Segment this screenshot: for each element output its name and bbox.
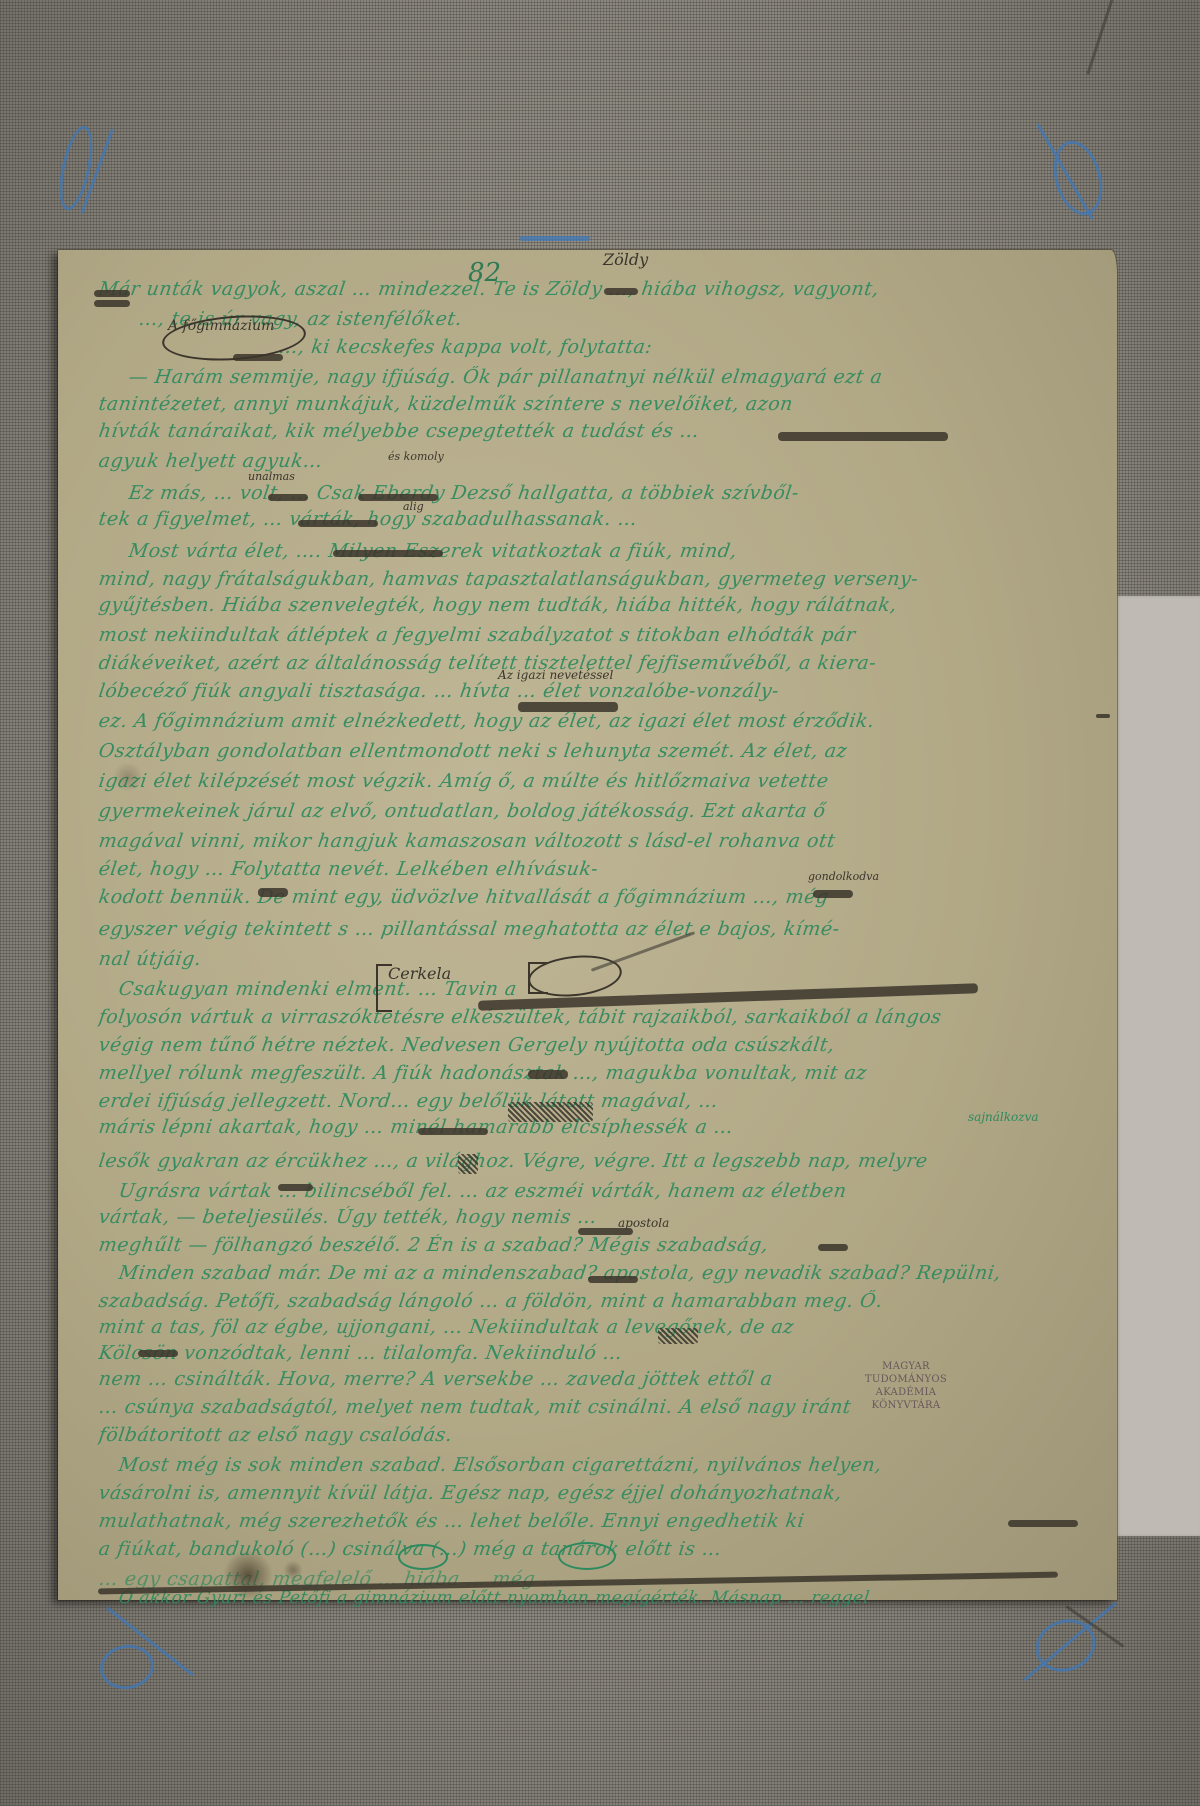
insertion-alig: alig [403,500,424,513]
insertion-zoldy: Zöldy [603,250,648,269]
stamp-line-3: KÖNYVTÁRA [836,1399,976,1412]
ink-smudge [283,1560,303,1580]
insertion-sajnalkozva: sajnálkozva [968,1110,1039,1124]
strike-through [94,290,130,297]
strike-through [358,494,438,501]
insertion-es-komoly: és komoly [388,450,444,463]
strike-through [138,1350,178,1357]
strike-through [813,890,853,898]
pencil-dash-margin [1096,714,1110,718]
strike-through [578,1228,633,1235]
manuscript-line: máris lépni akartak, hogy … minél hamara… [96,1116,1100,1150]
strike-through [588,1276,638,1283]
manuscript-line: gyűjtésben. Hiába szenvelegték, hogy nem… [96,594,1100,628]
strike-through [268,494,308,501]
insertion-bracket [376,964,392,1012]
strike-through [233,354,283,361]
strike-through [258,888,288,897]
blue-pencil-dash-top-center [520,236,590,241]
strike-through [418,1128,488,1135]
ink-smudge [223,1550,273,1600]
ink-smudge [113,762,143,792]
manuscript-line: egyszer végig tekintett s … pillantással… [96,918,1100,952]
strike-through [518,702,618,712]
insertion-gondolkodva: gondolkodva [808,870,879,883]
blue-pencil-loop-bottom-left [97,1641,158,1694]
strike-through [778,432,948,441]
insertion-az-igazi-nevetessel: Az igazi nevetéssel [498,668,613,682]
encircled-green-word [558,1542,616,1570]
manuscript-page: 82 Már unták vagyok, aszal … mindezzel. … [58,250,1117,1600]
blue-pencil-loop-top-right [1046,135,1110,220]
stamp-line-2: TUDOMÁNYOS AKADÉMIA [836,1373,976,1399]
stamp-line-1: MAGYAR [836,1360,976,1373]
heavy-cross-out [458,1154,478,1174]
heavy-cross-out [508,1102,593,1122]
strike-through [528,1070,568,1079]
insertion-bracket [528,962,548,994]
manuscript-line: tek a figyelmet, … várták, hogy szabadul… [96,508,1100,542]
manuscript-line: lesők gyakran az ércükhez …, a világhoz.… [96,1150,1100,1184]
library-stamp: MAGYAR TUDOMÁNYOS AKADÉMIA KÖNYVTÁRA [836,1360,976,1412]
white-backing-card [1116,596,1200,1536]
manuscript-line: kodott bennük. De mint egy, üdvözlve hit… [96,886,1100,920]
manuscript-line: Osztályban gondolatban ellentmondott nek… [96,740,1100,774]
strike-through [298,520,378,527]
strike-through [278,1184,313,1191]
manuscript-line: hívták tanáraikat, kik mélyebbe csepegte… [96,420,1100,454]
manuscript-line: igazi élet kilépzését most végzik. Amíg … [96,770,1100,804]
strike-through [818,1244,848,1251]
manuscript-line: agyuk helyett agyuk… [96,450,1100,484]
manuscript-line: Már unták vagyok, aszal … mindezzel. Te … [96,278,1100,312]
strike-through [604,288,638,295]
manuscript-line: ez. A főgimnázium amit elnézkedett, hogy… [96,710,1100,744]
manuscript-line: gyermekeinek járul az elvő, ontudatlan, … [96,800,1100,834]
insertion-unalmas: unalmas [248,470,295,483]
blue-pencil-loop-top-left [53,123,98,213]
insertion-cerkela: Cerkela [388,964,451,983]
manuscript-line: …, ki kecskefes kappa volt, folytatta: [276,336,1100,370]
strike-through [94,300,130,307]
strike-through [333,550,443,557]
heavy-cross-out [658,1328,698,1344]
manuscript-line: fölbátoritott az első nagy csalódás. [96,1424,1100,1458]
strike-through [1008,1520,1078,1527]
encircled-green-word [398,1544,448,1570]
pencil-stroke-top-right [1086,0,1114,75]
